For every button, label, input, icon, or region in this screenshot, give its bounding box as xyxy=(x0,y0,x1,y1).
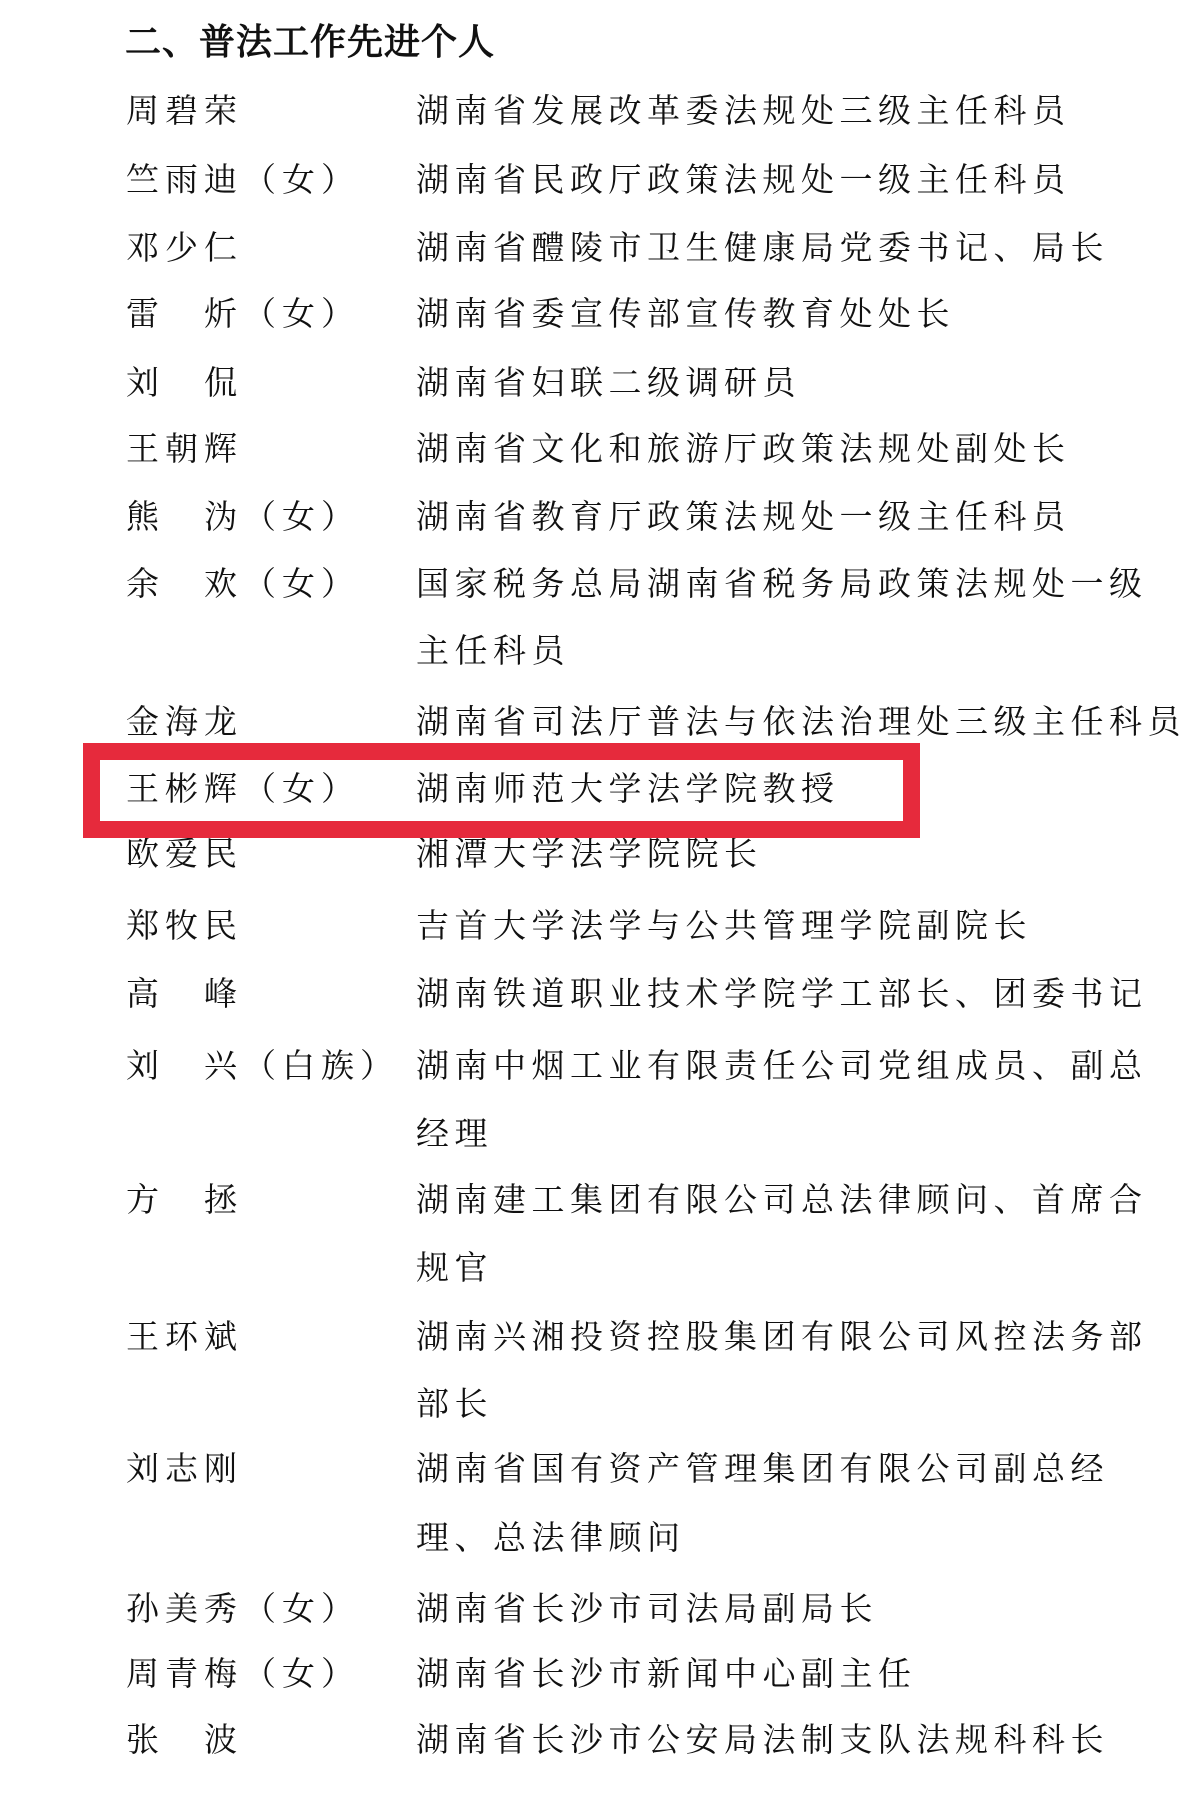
person-title: 国家税务总局湖南省税务局政策法规处一级 xyxy=(416,562,1116,606)
person-title: 湖南省长沙市公安局法制支队法规科科长 xyxy=(416,1718,1116,1762)
section-title: 二、普法工作先进个人 xyxy=(125,18,495,68)
list-item: 熊 沩（女） 湖南省教育厅政策法规处一级主任科员 xyxy=(0,495,1200,539)
person-title: 湖南省司法厅普法与依法治理处三级主任科员 xyxy=(416,700,1116,744)
person-title: 湖南省醴陵市卫生健康局党委书记、局长 xyxy=(416,226,1116,270)
person-title-continued: 规官 xyxy=(416,1246,493,1290)
person-name: 刘志刚 xyxy=(126,1447,243,1491)
person-title: 湖南兴湘投资控股集团有限公司风控法务部 xyxy=(416,1315,1116,1359)
list-item: 王朝辉 湖南省文化和旅游厅政策法规处副处长 xyxy=(0,427,1200,471)
person-title: 湖南省文化和旅游厅政策法规处副处长 xyxy=(416,427,1116,471)
person-title-continued: 主任科员 xyxy=(416,629,570,673)
person-title: 湖南省教育厅政策法规处一级主任科员 xyxy=(416,495,1116,539)
person-name: 雷 炘（女） xyxy=(126,292,360,336)
list-item: 金海龙 湖南省司法厅普法与依法治理处三级主任科员 xyxy=(0,700,1200,744)
list-item: 王环斌 湖南兴湘投资控股集团有限公司风控法务部 部长 xyxy=(0,1315,1200,1359)
person-name: 刘 侃 xyxy=(126,361,243,405)
person-name: 周碧荣 xyxy=(126,89,243,133)
list-item: 余 欢（女） 国家税务总局湖南省税务局政策法规处一级 主任科员 xyxy=(0,562,1200,606)
list-item: 欧爱民 湘潭大学法学院院长 xyxy=(0,832,1200,876)
person-name: 邓少仁 xyxy=(126,226,243,270)
list-item: 高 峰 湖南铁道职业技术学院学工部长、团委书记 xyxy=(0,972,1200,1016)
person-title: 湖南省长沙市新闻中心副主任 xyxy=(416,1652,1116,1696)
list-item: 周青梅（女） 湖南省长沙市新闻中心副主任 xyxy=(0,1652,1200,1696)
list-item: 竺雨迪（女） 湖南省民政厅政策法规处一级主任科员 xyxy=(0,158,1200,202)
person-title: 湖南中烟工业有限责任公司党组成员、副总 xyxy=(416,1044,1116,1088)
person-title: 湖南省民政厅政策法规处一级主任科员 xyxy=(416,158,1116,202)
person-name: 王朝辉 xyxy=(126,427,243,471)
person-title: 湖南省发展改革委法规处三级主任科员 xyxy=(416,89,1116,133)
person-title: 湘潭大学法学院院长 xyxy=(416,832,1116,876)
list-item: 郑牧民 吉首大学法学与公共管理学院副院长 xyxy=(0,904,1200,948)
list-item: 孙美秀（女） 湖南省长沙市司法局副局长 xyxy=(0,1587,1200,1631)
person-name: 郑牧民 xyxy=(126,904,243,948)
list-item: 刘志刚 湖南省国有资产管理集团有限公司副总经 理、总法律顾问 xyxy=(0,1447,1200,1491)
person-title: 湖南铁道职业技术学院学工部长、团委书记 xyxy=(416,972,1116,1016)
person-title: 湖南省国有资产管理集团有限公司副总经 xyxy=(416,1447,1116,1491)
list-item: 雷 炘（女） 湖南省委宣传部宣传教育处处长 xyxy=(0,292,1200,336)
list-item: 方 拯 湖南建工集团有限公司总法律顾问、首席合 规官 xyxy=(0,1178,1200,1222)
document-page: 二、普法工作先进个人 周碧荣 湖南省发展改革委法规处三级主任科员 竺雨迪（女） … xyxy=(0,0,1200,1800)
person-name: 方 拯 xyxy=(126,1178,243,1222)
person-name: 刘 兴（白族） xyxy=(126,1044,399,1088)
person-title-continued: 部长 xyxy=(416,1382,493,1426)
person-name: 周青梅（女） xyxy=(126,1652,360,1696)
person-name: 余 欢（女） xyxy=(126,562,360,606)
person-title: 湖南省委宣传部宣传教育处处长 xyxy=(416,292,1116,336)
list-item-highlighted: 王彬辉（女） 湖南师范大学法学院教授 xyxy=(0,767,1200,811)
person-name: 熊 沩（女） xyxy=(126,495,360,539)
person-name: 张 波 xyxy=(126,1718,243,1762)
person-name: 竺雨迪（女） xyxy=(126,158,360,202)
person-title-continued: 理、总法律顾问 xyxy=(416,1516,686,1560)
person-title: 吉首大学法学与公共管理学院副院长 xyxy=(416,904,1116,948)
person-title: 湖南建工集团有限公司总法律顾问、首席合 xyxy=(416,1178,1116,1222)
person-title-continued: 经理 xyxy=(416,1112,493,1156)
list-item: 刘 侃 湖南省妇联二级调研员 xyxy=(0,361,1200,405)
person-name: 孙美秀（女） xyxy=(126,1587,360,1631)
person-name: 欧爱民 xyxy=(126,832,243,876)
list-item: 张 波 湖南省长沙市公安局法制支队法规科科长 xyxy=(0,1718,1200,1762)
person-name: 王环斌 xyxy=(126,1315,243,1359)
person-name: 王彬辉（女） xyxy=(126,767,360,811)
list-item: 周碧荣 湖南省发展改革委法规处三级主任科员 xyxy=(0,89,1200,133)
person-name: 高 峰 xyxy=(126,972,243,1016)
list-item: 邓少仁 湖南省醴陵市卫生健康局党委书记、局长 xyxy=(0,226,1200,270)
person-title: 湖南省长沙市司法局副局长 xyxy=(416,1587,1116,1631)
person-title: 湖南师范大学法学院教授 xyxy=(416,767,1116,811)
person-name: 金海龙 xyxy=(126,700,243,744)
list-item: 刘 兴（白族） 湖南中烟工业有限责任公司党组成员、副总 经理 xyxy=(0,1044,1200,1088)
person-title: 湖南省妇联二级调研员 xyxy=(416,361,1116,405)
